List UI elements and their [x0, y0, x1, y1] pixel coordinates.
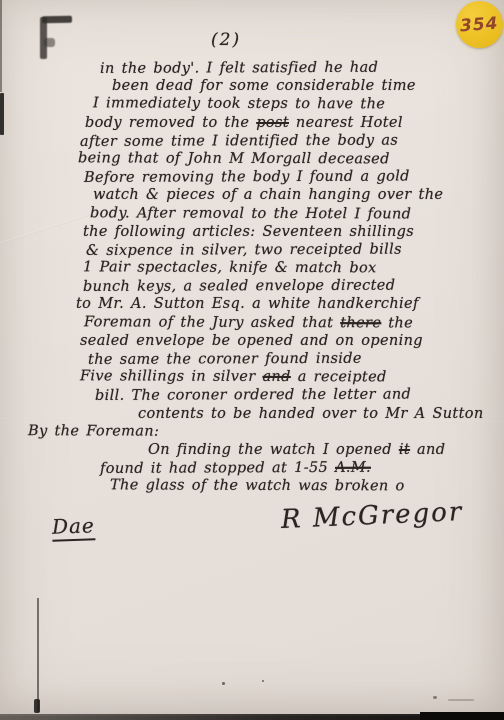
manuscript-text-segment: the following articles: Seventeen shilli… [83, 224, 414, 240]
manuscript-line: On finding the watch I opened it and [148, 441, 504, 459]
scanned-page: (2) 354 in the body'. I felt satisfied h… [0, 0, 504, 716]
manuscript-text-segment: bunch keys, a sealed envelope directed [83, 278, 395, 295]
manuscript-text-segment: being that of John M Morgall deceased [78, 150, 390, 167]
manuscript-line: been dead for some considerable time [112, 77, 504, 95]
manuscript-line: to Mr. A. Sutton Esq. a white handkerchi… [76, 295, 504, 313]
manuscript-text-segment: nearest Hotel [289, 115, 403, 131]
struck-text: post [256, 115, 289, 131]
manuscript-text-segment: & sixpence in silver, two receipted bill… [86, 241, 402, 258]
manuscript-text-segment: sealed envelope be opened and on opening [80, 333, 423, 349]
manuscript-text-segment: after some time I identified the body as [80, 132, 398, 149]
manuscript-line: the same the coroner found inside [88, 349, 504, 369]
scan-edge-mark [0, 93, 4, 135]
sticker-number: 354 [460, 13, 500, 36]
manuscript-line: 1 Pair spectacles, knife & match box [83, 258, 504, 278]
manuscript-line: I immediately took steps to have the [93, 95, 504, 115]
manuscript-text-segment: Before removing the body I found a gold [84, 169, 410, 186]
manuscript-text-segment: contents to be handed over to Mr A Sutto… [138, 406, 484, 422]
ink-smudge [40, 16, 76, 62]
ink-speck [448, 699, 474, 701]
manuscript-line: sealed envelope be opened and on opening [80, 332, 504, 350]
manuscript-line: found it had stopped at 1-55 A.M. [100, 458, 504, 478]
scan-edge-bottom-right [420, 712, 504, 720]
manuscript-line: after some time I identified the body as [80, 131, 504, 151]
manuscript-line: The glass of the watch was broken o [110, 477, 504, 497]
manuscript-line: Five shillings in silver and a receipted [80, 367, 504, 387]
manuscript-text-segment: a receipted [291, 369, 387, 385]
struck-text: it [399, 442, 410, 458]
manuscript-text-segment: On finding the watch I opened [148, 442, 399, 458]
manuscript-text-segment: in the body'. I felt satisfied he had [100, 60, 378, 77]
manuscript-line: bill. The coroner ordered the letter and [95, 385, 504, 405]
archive-sticker: 354 [456, 1, 503, 48]
manuscript-text-segment: By the Foreman: [28, 423, 159, 439]
manuscript-text-segment: to Mr. A. Sutton Esq. a white handkerchi… [76, 296, 419, 312]
manuscript-text-segment: body removed to the [85, 115, 256, 131]
ink-speck [433, 696, 437, 699]
page-number: (2) [211, 30, 241, 50]
manuscript-text-segment: been dead for some considerable time [112, 78, 416, 94]
manuscript-line: Before removing the body I found a gold [84, 167, 504, 187]
manuscript-text-segment: bill. The coroner ordered the letter and [95, 387, 411, 404]
scan-edge-left [0, 0, 2, 92]
manuscript-text-segment: Five shillings in silver [80, 368, 263, 385]
manuscript-line: By the Foreman: [28, 422, 504, 442]
docket-initials: Dae [52, 513, 96, 541]
manuscript-text-segment: and [410, 442, 445, 458]
manuscript-line: body removed to the post nearest Hotel [85, 114, 504, 132]
ink-speck [222, 682, 225, 685]
manuscript-text-segment: the [381, 315, 413, 331]
manuscript-text-segment: The glass of the watch was broken o [110, 478, 405, 495]
manuscript-line: being that of John M Morgall deceased [78, 149, 504, 169]
struck-text: A.M. [335, 460, 371, 476]
manuscript-line: Foreman of the Jury asked that there the [84, 313, 504, 333]
manuscript-text-segment: Foreman of the Jury asked that [84, 314, 340, 331]
page-fold-line [37, 598, 39, 712]
page-fold-mark [34, 699, 40, 713]
manuscript-line: watch & pieces of a chain hanging over t… [93, 186, 504, 204]
manuscript-text-segment: 1 Pair spectacles, knife & match box [83, 259, 377, 276]
manuscript-line: bunch keys, a sealed envelope directed [83, 276, 504, 296]
manuscript-text-segment: watch & pieces of a chain hanging over t… [93, 187, 443, 203]
struck-text: and [262, 369, 290, 385]
manuscript-text-segment: I immediately took steps to have the [93, 96, 385, 113]
ink-smudge-blot [44, 38, 55, 47]
signature: R McGregor [280, 497, 463, 535]
struck-text: there [340, 315, 381, 331]
manuscript-line: the following articles: Seventeen shilli… [83, 223, 504, 241]
manuscript-line: & sixpence in silver, two receipted bill… [86, 240, 504, 260]
manuscript-line: in the body'. I felt satisfied he had [100, 58, 504, 78]
manuscript-line: contents to be handed over to Mr A Sutto… [138, 405, 504, 423]
manuscript-text-segment: the same the coroner found inside [88, 351, 362, 368]
ink-speck [262, 680, 264, 682]
manuscript-text: in the body'. I felt satisfied he hadbee… [0, 59, 504, 496]
manuscript-line: body. After removal to the Hotel I found [90, 204, 504, 224]
manuscript-text-segment: body. After removal to the Hotel I found [90, 205, 411, 222]
manuscript-text-segment: found it had stopped at 1-55 [100, 460, 335, 477]
